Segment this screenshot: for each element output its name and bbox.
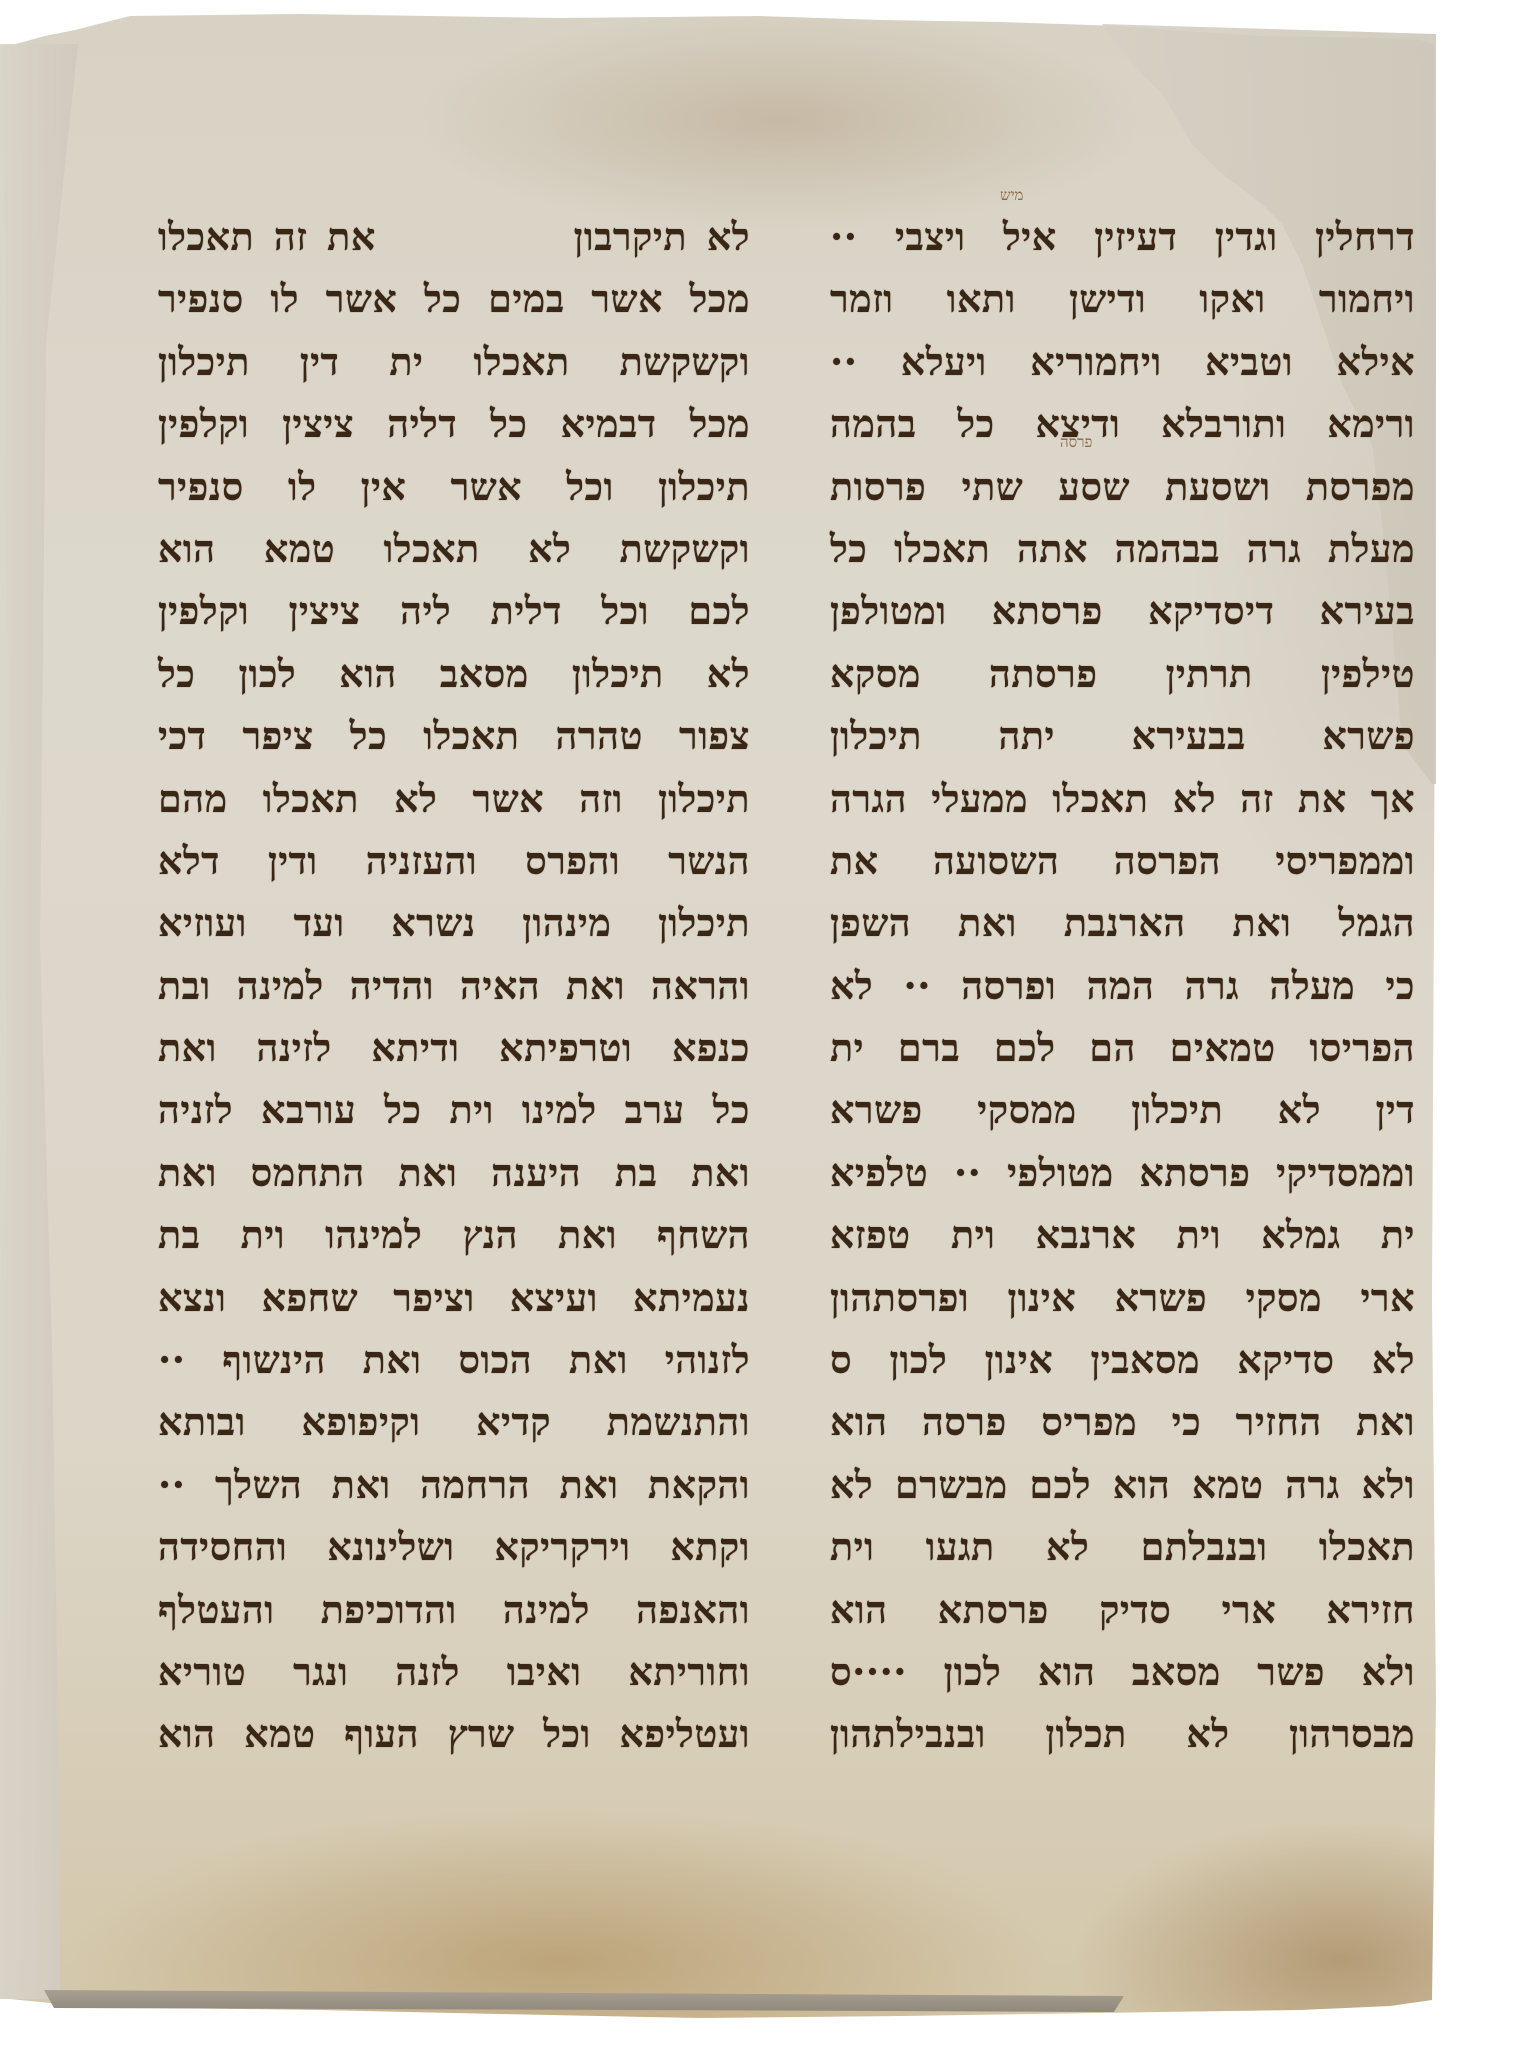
text-line: לא סדיקא מסאבין אינון לכון ס: [830, 1329, 1415, 1391]
text-line: לא תיכלון מסאב הוא לכון כל: [158, 643, 750, 705]
text-line: והראה ואת האיה והדיה למינה ובת: [158, 955, 750, 1017]
text-line: לכם וכל דלית ליה ציצין וקלפין: [158, 580, 750, 642]
text-line: לזנוהי ואת הכוס ואת הינשוף ··: [158, 1329, 750, 1391]
text-line: וקשקשת לא תאכלו טמא הוא: [158, 518, 750, 580]
text-line: מבסרהון לא תכלון ובנבילתהון: [830, 1703, 1415, 1765]
text-line: כנפא וטרפיתא ודיתא לזינה ואת: [158, 1017, 750, 1079]
text-line: מפרסת ושסעת שסע שתי פרסות: [830, 456, 1415, 518]
manuscript-scan: מיש פרסה דרחלין וגדין דעיזין איל ויצבי ·…: [0, 0, 1536, 2052]
text-line: וקתא וירקריקא ושלינונא והחסידה: [158, 1516, 750, 1578]
text-line: תיכלון מינהון נשרא ועד ועוזיא: [158, 892, 750, 954]
text-line: מכל אשר במים כל אשר לו סנפיר: [158, 268, 750, 330]
text-line: בעירא דיסדיקא פרסתא ומטולפן: [830, 580, 1415, 642]
text-line: ועטליפא וכל שרץ העוף טמא הוא: [158, 1703, 750, 1765]
text-line: ורימא ותורבלא ודיצא כל בהמה: [830, 393, 1415, 455]
text-line: והקאת ואת הרחמה ואת השלך ··: [158, 1454, 750, 1516]
text-line: וממפריסי הפרסה השסועה את: [830, 830, 1415, 892]
left-column: לא תיקרבון את זה תאכלו מכל אשר במים כל א…: [158, 206, 750, 1766]
text-line: אילא וטביא ויחמוריא ויעלא ··: [830, 331, 1415, 393]
text-line: כי מעלה גרה המה ופרסה ·· לא: [830, 955, 1415, 1017]
text-line: השחף ואת הנץ למינהו וית בת: [158, 1204, 750, 1266]
text-line: והאנפה למינה והדוכיפת והעטלף: [158, 1579, 750, 1641]
text-line: מעלת גרה בבהמה אתה תאכלו כל: [830, 518, 1415, 580]
text-line: ואת בת היענה ואת התחמס ואת: [158, 1142, 750, 1204]
text-line: ויחמור ואקו ודישן ותאו וזמר: [830, 268, 1415, 330]
text-line: ארי מסקי פשרא אינון ופרסתהון: [830, 1267, 1415, 1329]
marginal-note-mish: מיש: [1000, 186, 1023, 205]
text-line: ולא פשר מסאב הוא לכון ····ס: [830, 1641, 1415, 1703]
text-line: ואת החזיר כי מפריס פרסה הוא: [830, 1391, 1415, 1453]
right-column: דרחלין וגדין דעיזין איל ויצבי ·· ויחמור …: [830, 206, 1415, 1766]
text-line: וחוריתא ואיבו לזנה ונגר טוריא: [158, 1641, 750, 1703]
text-line: וממסדיקי פרסתא מטולפי ·· טלפיא: [830, 1142, 1415, 1204]
text-line: הגמל ואת הארנבת ואת השפן: [830, 892, 1415, 954]
text-line: הנשר והפרס והעזניה ודין דלא: [158, 830, 750, 892]
text-line: חזירא ארי סדיק פרסתא הוא: [830, 1579, 1415, 1641]
text-line: ולא גרה טמא הוא לכם מבשרם לא: [830, 1454, 1415, 1516]
text-line: והתנשמת קדיא וקיפופא ובותא: [158, 1391, 750, 1453]
text-line: צפור טהרה תאכלו כל ציפר דכי: [158, 705, 750, 767]
text-line: ית גמלא וית ארנבא וית טפזא: [830, 1204, 1415, 1266]
text-line: לא תיקרבון את זה תאכלו: [158, 206, 750, 268]
text-line: וקשקשת תאכלו ית דין תיכלון: [158, 331, 750, 393]
text-line: טילפין תרתין פרסתה מסקא: [830, 643, 1415, 705]
text-line: פשרא בבעירא יתה תיכלון: [830, 705, 1415, 767]
text-line: תיכלון וכל אשר אין לו סנפיר: [158, 456, 750, 518]
text-line: תאכלו ובנבלתם לא תגעו וית: [830, 1516, 1415, 1578]
text-line: נעמיתא ועיצא וציפר שחפא ונצא: [158, 1267, 750, 1329]
text-line: תיכלון וזה אשר לא תאכלו מהם: [158, 768, 750, 830]
text-line: הפריסו טמאים הם לכם ברם ית: [830, 1017, 1415, 1079]
text-line: מכל דבמיא כל דליה ציצין וקלפין: [158, 393, 750, 455]
text-line: דרחלין וגדין דעיזין איל ויצבי ··: [830, 206, 1415, 268]
text-line: אך את זה לא תאכלו ממעלי הגרה: [830, 768, 1415, 830]
text-line: דין לא תיכלון ממסקי פשרא: [830, 1079, 1415, 1141]
text-line: כל ערב למינו וית כל עורבא לזניה: [158, 1079, 750, 1141]
